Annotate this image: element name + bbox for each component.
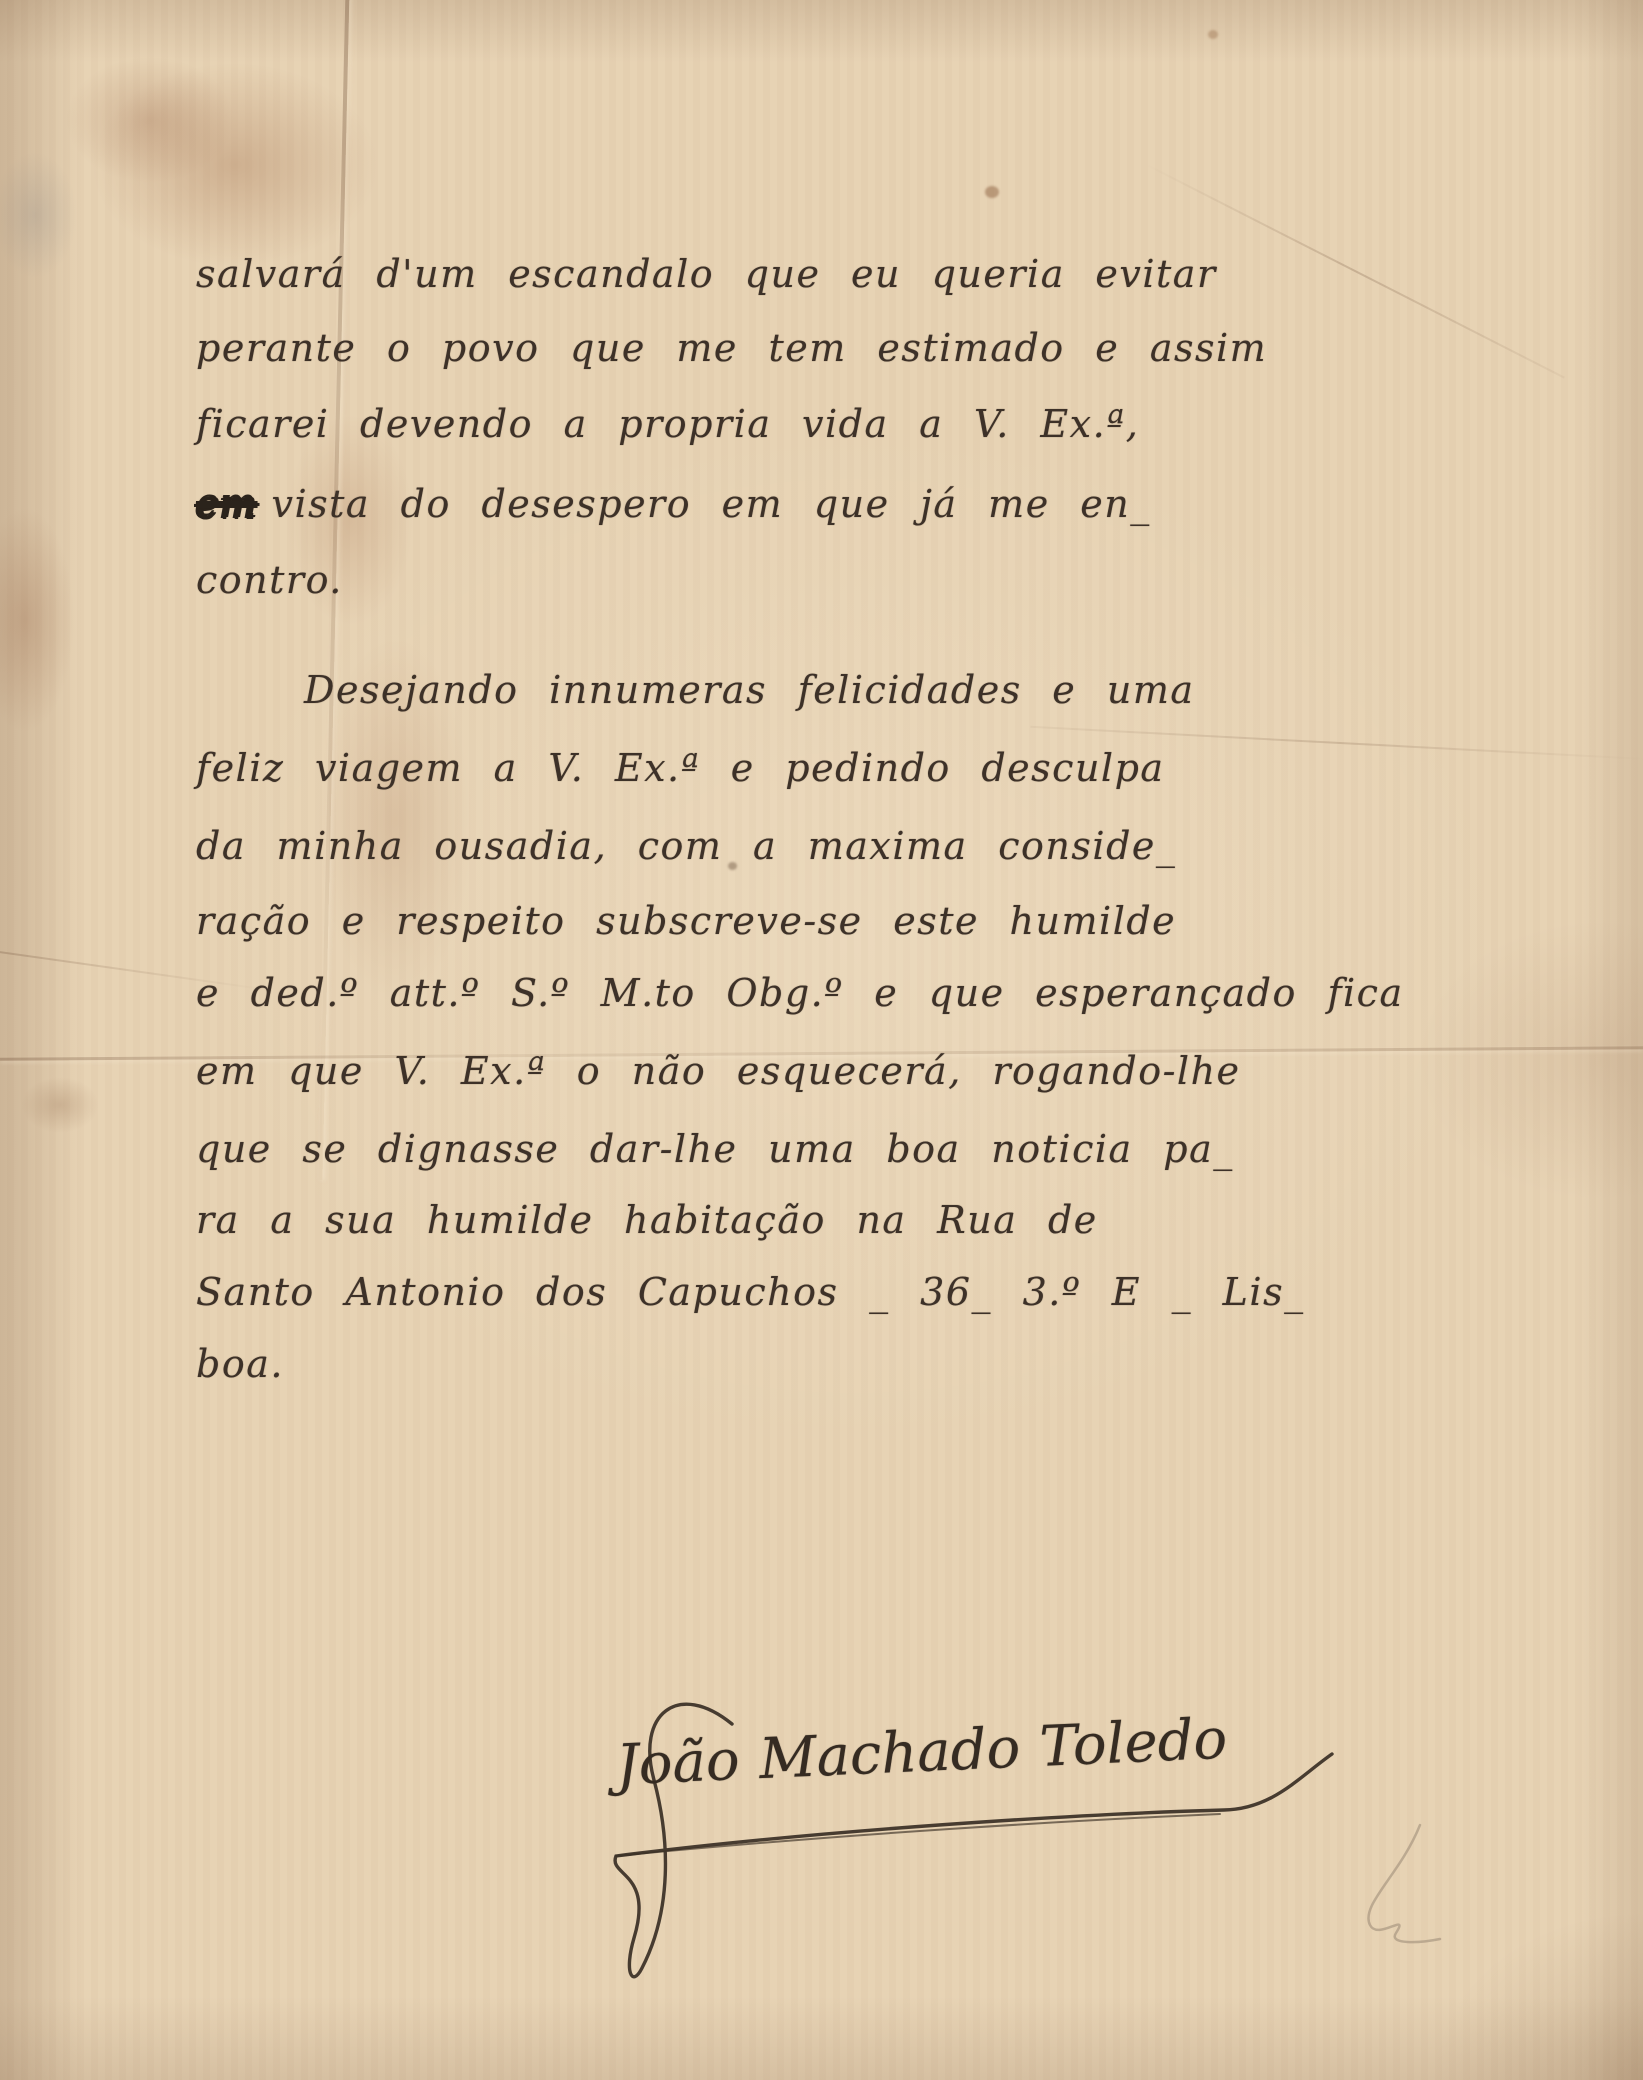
- letter-line: salvará d'um escandalo que eu queria evi…: [196, 252, 1271, 296]
- letter-line: boa.: [196, 1342, 1271, 1386]
- letter-line: perante o povo que me tem estimado e ass…: [196, 326, 1271, 370]
- letter-line: Santo Antonio dos Capuchos _ 36_ 3.º E _…: [196, 1270, 1271, 1314]
- struck-out-word: em: [196, 482, 258, 526]
- letter-line-text: vista do desespero em que já me en_: [272, 482, 1151, 526]
- letter-line: Desejando innumeras felicidades e uma: [196, 668, 1379, 712]
- letter-line: feliz viagem a V. Ex.ª e pedindo desculp…: [196, 746, 1271, 790]
- letter-line: da minha ousadia, com a maxima conside_: [196, 824, 1271, 868]
- letter-line: ficarei devendo a propria vida a V. Ex.ª…: [196, 402, 1271, 446]
- letter-line: em que V. Ex.ª o não esquecerá, rogando-…: [196, 1049, 1271, 1093]
- letter-line: ra a sua humilde habitação na Rua de: [196, 1198, 1271, 1242]
- letter-page: salvará d'um escandalo que eu queria evi…: [0, 0, 1643, 2080]
- letter-line: e ded.º att.º S.º M.to Obg.º e que esper…: [196, 971, 1271, 1015]
- letter-line: emvista do desespero em que já me en_: [196, 482, 1271, 526]
- signature-flourish: [520, 1662, 1380, 2022]
- letter-line: que se dignasse dar-lhe uma boa noticia …: [196, 1127, 1271, 1171]
- letter-body: salvará d'um escandalo que eu queria evi…: [0, 0, 1643, 2080]
- signature-block: João Machado Toledo: [520, 1662, 1380, 2022]
- letter-line: contro.: [196, 558, 1271, 602]
- letter-line: ração e respeito subscreve-se este humil…: [196, 899, 1271, 943]
- pencil-squiggle: [1300, 1815, 1520, 1975]
